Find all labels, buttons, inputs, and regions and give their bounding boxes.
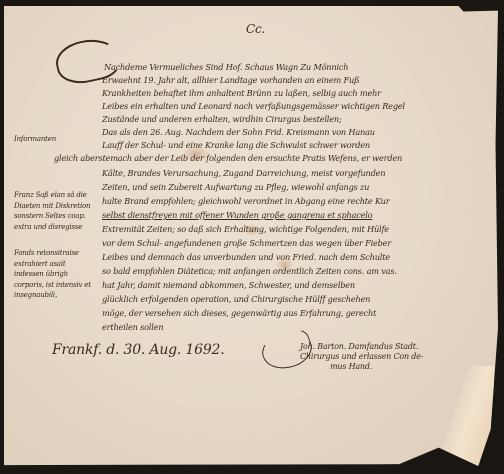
body-line: Zustände und anderen erhalten, wirdhin C… — [102, 114, 342, 124]
body-line: hat Jahr, damit niemand abkommen, Schwes… — [102, 280, 355, 290]
body-line: Leibes ein erhalten und Leonard nach ver… — [102, 101, 405, 111]
signature-line: Joh. Barton. Damfandus Stadt. — [300, 342, 460, 352]
date-line: Frankf. d. 30. Aug. 1692. — [52, 342, 224, 358]
body-line: Extremität Zeiten; so daß sich Erhaltung… — [102, 224, 389, 234]
body-line: möge, der versehen sich dieses, gegenwär… — [102, 308, 376, 318]
body-line: so bald empfohlen Diätetica; mit anfange… — [102, 266, 397, 276]
signature-line: Chirurgus und erlassen Con de- — [300, 352, 460, 362]
margin-note: Franz Saß elan sä die Diaeten mit Diskre… — [14, 190, 96, 232]
body-line: Nachdeme Vermueliches Sind Hof. Schaus W… — [104, 62, 348, 72]
body-line: Lauff der Schul- und eine Kranke lang di… — [102, 140, 370, 150]
body-line: glücklich erfolgenden operation, und Chi… — [102, 294, 370, 304]
body-line: vor dem Schul- angefundenen große Schmer… — [102, 238, 391, 248]
margin-note: Fonds retonsitraise extrahiert asalt ind… — [14, 248, 96, 301]
body-line: Erwaehnt 19. Jahr alt, allhier Landtage … — [102, 75, 359, 85]
body-line: Zeiten, und sein Zubereit Aufwartung zu … — [102, 182, 369, 192]
body-line: ertheilen sollen — [102, 322, 163, 332]
paper-fold-corner — [434, 366, 494, 471]
body-line: Das als den 26. Aug. Nachdem der Sohn Fr… — [102, 127, 375, 137]
header-mark: Cc. — [246, 22, 265, 36]
signature-line: mus Hand. — [330, 362, 490, 372]
body-line: selbst dienstfreyen mit offener Wunden g… — [102, 210, 372, 220]
body-line: halte Brand empfohlen; gleichwohl verord… — [102, 196, 389, 206]
body-line: Kälte, Brandes Verursachung, Zugand Darr… — [102, 168, 385, 178]
body-line: Krankheiten behaftet ihm anhaltent Brünn… — [102, 88, 381, 98]
body-line: Leibes und demnach das unverbunden und v… — [102, 252, 390, 262]
body-line: gleich aberstemach aber der Leib der fol… — [54, 153, 402, 163]
margin-note: Informanten — [14, 134, 96, 145]
manuscript-page: Cc. Nachdeme Vermueliches Sind Hof. Scha… — [4, 6, 498, 466]
